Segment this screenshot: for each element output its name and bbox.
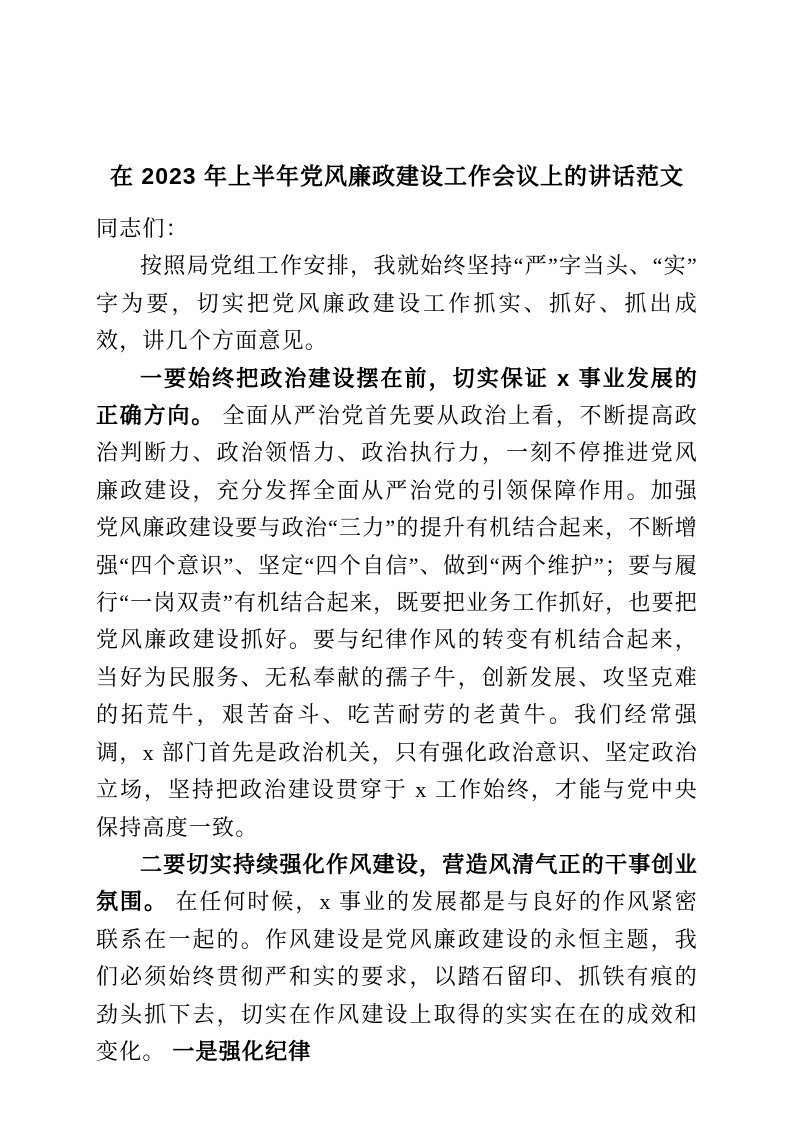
- intro-paragraph: 按照局党组工作安排，我就始终坚持“严”字当头、“实”字为要，切实把党风廉政建设工…: [96, 247, 698, 359]
- salutation-paragraph: 同志们：: [96, 210, 698, 247]
- section-2-body: 在任何时候，x 事业的发展都是与良好的作风紧密联系在一起的。作风建设是党风廉政建…: [96, 889, 698, 1064]
- section-2-paragraph: 二要切实持续强化作风建设，营造风清气正的干事创业氛围。 在任何时候，x 事业的发…: [96, 846, 698, 1070]
- section-1-body: 全面从严治党首先要从政治上看，不断提高政治判断力、政治领悟力、政治执行力，一刻不…: [96, 403, 698, 839]
- document-title: 在 2023 年上半年党风廉政建设工作会议上的讲话范文: [96, 160, 698, 192]
- intro-text: 按照局党组工作安排，我就始终坚持“严”字当头、“实”字为要，切实把党风廉政建设工…: [96, 253, 698, 353]
- section-1-paragraph: 一要始终把政治建设摆在前，切实保证 x 事业发展的正确方向。 全面从严治党首先要…: [96, 360, 698, 846]
- document-page: 在 2023 年上半年党风廉政建设工作会议上的讲话范文 同志们： 按照局党组工作…: [0, 0, 793, 1122]
- salutation-text: 同志们：: [96, 216, 189, 241]
- section-2-inline-subheading: 一是强化纪律: [172, 1039, 311, 1064]
